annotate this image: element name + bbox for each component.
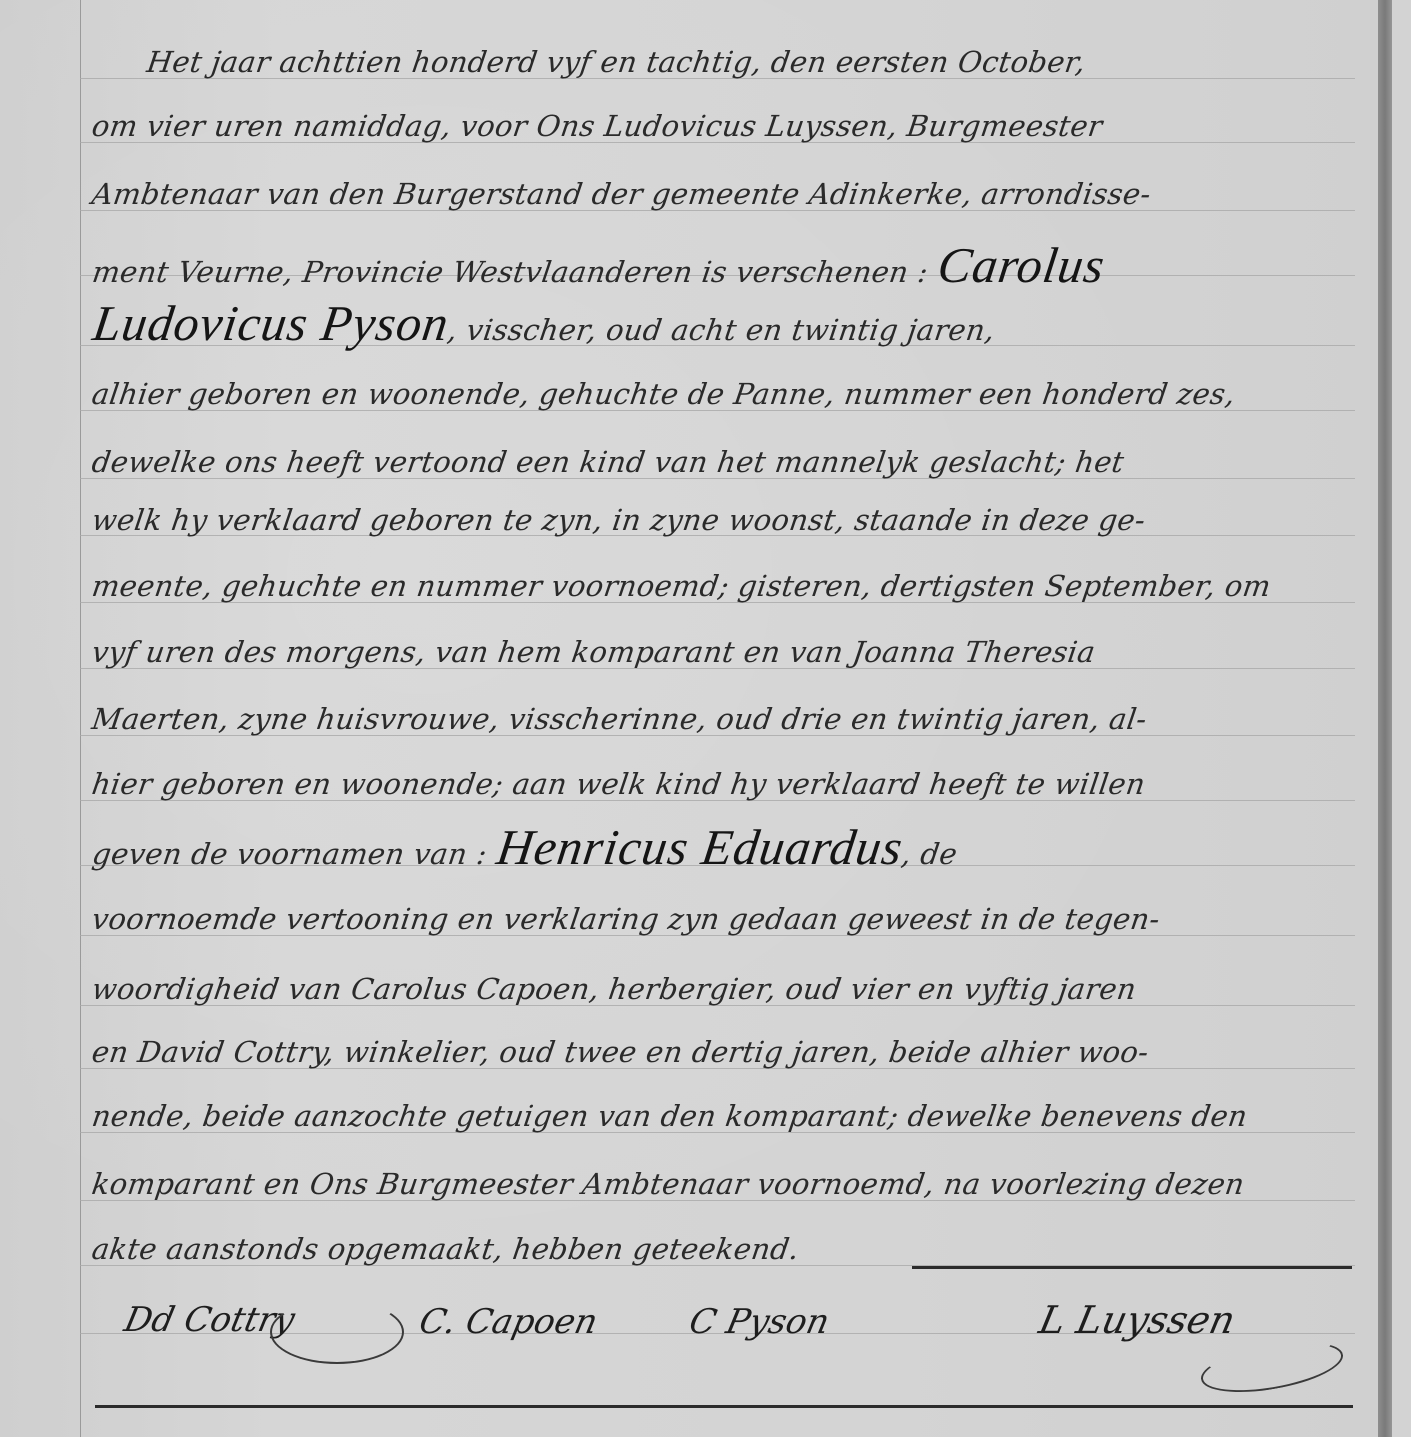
page-binding-edge	[1378, 0, 1392, 1437]
signature-witness-capoen: C. Capoen	[416, 1302, 601, 1342]
signature-flourish	[1197, 1333, 1346, 1401]
text-line-3: Ambtenaar van den Burgerstand der gemeen…	[90, 180, 1354, 209]
text-line-12: hier geboren en woonende; aan welk kind …	[90, 770, 1354, 799]
signature-flourish	[270, 1300, 404, 1364]
text-line-19: akte aanstonds opgemaakt, hebben geteeke…	[90, 1235, 1354, 1264]
declarant-first-name: Carolus	[935, 237, 1109, 293]
text-line-2: om vier uren namiddag, voor Ons Ludovicu…	[90, 112, 1354, 141]
child-given-names: Henricus Eduardus	[493, 819, 906, 875]
text-segment: , de	[899, 837, 959, 871]
declarant-full-name: Ludovicus Pyson	[90, 295, 453, 351]
left-margin-rule	[80, 0, 81, 1437]
signature-official-luyssen: L Luyssen	[1035, 1298, 1239, 1342]
document-page: Het jaar achttien honderd vyf en tachtig…	[0, 0, 1411, 1437]
text-line-15: woordigheid van Carolus Capoen, herbergi…	[90, 975, 1354, 1004]
text-line-18: komparant en Ons Burgmeester Ambtenaar v…	[90, 1170, 1354, 1199]
signature-declarant-pyson: C Pyson	[686, 1302, 833, 1342]
text-line-16: en David Cottry, winkelier, oud twee en …	[90, 1038, 1354, 1067]
page-edge-strip	[1392, 0, 1411, 1437]
text-line-17: nende, beide aanzochte getuigen van den …	[90, 1102, 1354, 1131]
text-segment: , visscher, oud acht en twintig jaren,	[445, 313, 997, 347]
text-line-5: Ludovicus Pyson, visscher, oud acht en t…	[90, 298, 1357, 348]
text-line-13: geven de voornamen van : Henricus Eduard…	[90, 822, 1357, 872]
text-line-1: Het jaar achttien honderd vyf en tachtig…	[145, 48, 1409, 77]
entry-separator-rule	[95, 1405, 1353, 1408]
text-line-7: dewelke ons heeft vertoond een kind van …	[90, 448, 1354, 477]
text-segment: geven de voornamen van :	[90, 837, 499, 871]
text-line-6: alhier geboren en woonende, gehuchte de …	[90, 380, 1354, 409]
text-line-4: ment Veurne, Provincie Westvlaanderen is…	[90, 240, 1357, 290]
text-line-10: vyf uren des morgens, van hem komparant …	[90, 638, 1354, 667]
text-line-11: Maerten, zyne huisvrouwe, visscherinne, …	[90, 705, 1354, 734]
text-line-14: voornoemde vertooning en verklaring zyn …	[90, 905, 1354, 934]
text-line-9: meente, gehuchte en nummer voornoemd; gi…	[90, 572, 1354, 601]
closing-rule	[912, 1266, 1352, 1269]
text-line-8: welk hy verklaard geboren te zyn, in zyn…	[90, 506, 1354, 535]
text-segment: ment Veurne, Provincie Westvlaanderen is…	[90, 255, 940, 289]
